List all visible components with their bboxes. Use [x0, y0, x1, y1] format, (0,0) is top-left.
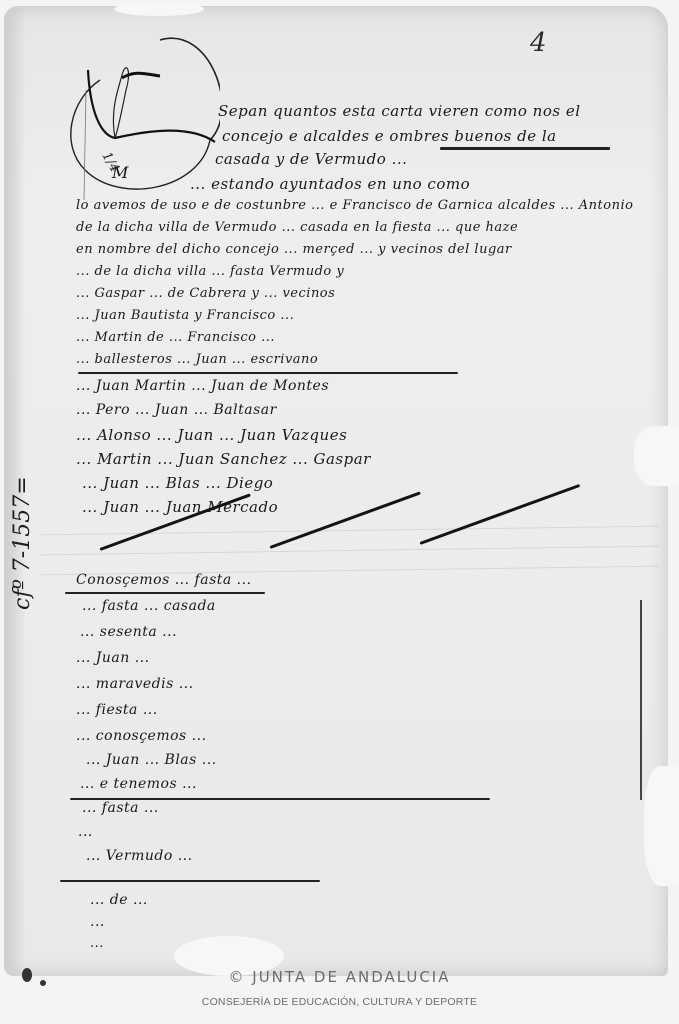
- text-line: en nombre del dicho concejo ... merçed .…: [76, 242, 512, 257]
- text-line: ... fasta ...: [82, 800, 159, 816]
- text-line: ... fiesta ...: [76, 702, 158, 718]
- text-line: ... sesenta ...: [80, 624, 177, 640]
- margin-rule: [640, 600, 642, 800]
- underline-stroke: [78, 372, 458, 374]
- text-line: ... Alonso ... Juan ... Juan Vazques: [76, 426, 347, 444]
- text-line: ... de ...: [90, 892, 148, 908]
- text-line: ... Vermudo ...: [86, 848, 193, 864]
- text-line: ... Juan Martin ... Juan de Montes: [76, 378, 329, 394]
- text-line: Conosçemos ... fasta ...: [76, 572, 252, 588]
- underline-stroke: [60, 880, 320, 882]
- text-line: ... e tenemos ...: [80, 776, 197, 792]
- text-line: ... Juan ... Blas ... Diego: [82, 474, 273, 492]
- text-line: ... ballesteros ... Juan ... escrivano: [76, 352, 318, 367]
- text-line: lo avemos de uso e de costunbre ... e Fr…: [76, 198, 633, 213]
- underline-stroke: [65, 592, 265, 594]
- text-line: Sepan quantos esta carta vieren como nos…: [218, 102, 581, 120]
- text-line: ... Juan Bautista y Francisco ...: [76, 308, 294, 323]
- text-line: concejo e alcaldes e ombres buenos de la: [222, 127, 557, 145]
- text-line: ...: [90, 914, 105, 930]
- text-line: ...: [86, 870, 101, 886]
- underline-stroke: [70, 798, 490, 800]
- text-line: ...: [90, 936, 104, 951]
- text-line: ... estando ayuntados en uno como: [190, 175, 470, 193]
- watermark-institution: © JUNTA DE ANDALUCIA: [0, 968, 679, 986]
- underline-stroke: [440, 147, 610, 150]
- text-line: ... maravedis ...: [76, 676, 194, 692]
- text-line: ... fasta ... casada: [82, 598, 216, 614]
- text-line: ... Martin ... Juan Sanchez ... Gaspar: [76, 450, 371, 468]
- text-line: ... Gaspar ... de Cabrera y ... vecinos: [76, 286, 335, 301]
- text-line: ... de la dicha villa ... fasta Vermudo …: [76, 264, 344, 279]
- text-line: ...: [78, 824, 93, 840]
- text-line: ... conosçemos ...: [76, 728, 207, 744]
- manuscript-text: Sepan quantos esta carta vieren como nos…: [0, 0, 679, 1024]
- text-line: de la dicha villa de Vermudo ... casada …: [76, 220, 518, 235]
- text-line: ... Juan ... Juan Mercado: [82, 498, 278, 516]
- watermark-department: CONSEJERÍA DE EDUCACIÓN, CULTURA Y DEPOR…: [0, 996, 679, 1008]
- text-line: ... Pero ... Juan ... Baltasar: [76, 402, 277, 418]
- text-line: ... Juan ...: [76, 650, 150, 666]
- text-line: casada y de Vermudo ...: [215, 150, 407, 168]
- text-line: ... Juan ... Blas ...: [86, 752, 217, 768]
- text-line: ... Martin de ... Francisco ...: [76, 330, 275, 345]
